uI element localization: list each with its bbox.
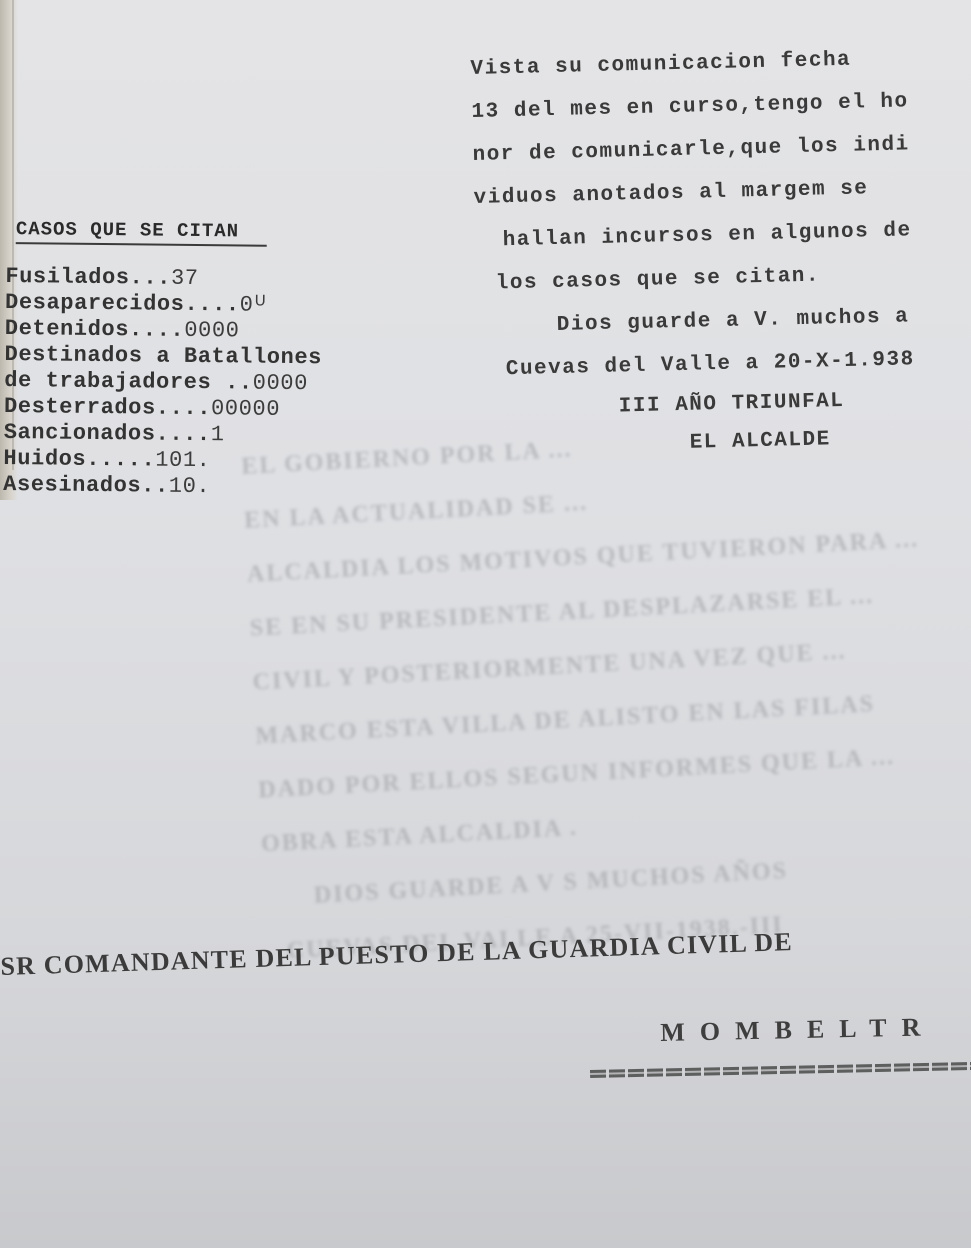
case-value: 1	[211, 422, 225, 447]
cases-section: CASOS QUE SE CITAN Fusilados...37 Desapa…	[3, 218, 426, 518]
case-label: Huidos.....	[3, 446, 155, 473]
case-value: 10.	[169, 474, 211, 499]
case-label: Fusilados...	[5, 264, 171, 291]
case-item: Asesinados..10.	[3, 472, 423, 502]
cases-title: CASOS QUE SE CITAN	[16, 218, 267, 247]
case-label: Desterrados....	[4, 394, 211, 421]
document-page: EL GOBIERNO POR LA ... EN LA ACTUALIDAD …	[0, 0, 971, 1248]
case-label: Desaparecidos....	[5, 290, 240, 317]
case-value: 0000	[253, 371, 308, 397]
case-value: 00000	[211, 396, 280, 422]
cases-list: Fusilados...37 Desaparecidos....0ᵁ Deten…	[3, 264, 425, 502]
case-value: 101.	[155, 448, 210, 474]
double-underline-rule	[590, 1062, 971, 1078]
case-label: Asesinados..	[3, 472, 169, 499]
case-value: 0000	[184, 318, 239, 344]
addressee-place: MOMBELTR	[660, 1012, 936, 1048]
bleed-through-bottom	[240, 1090, 971, 1214]
case-value: 0ᵁ	[240, 292, 268, 317]
case-label: Sancionados....	[4, 420, 211, 447]
letter-body: Vista su comunicacion fecha 13 del mes e…	[470, 35, 971, 468]
case-label: de trabajadores ..	[4, 368, 253, 396]
case-label: Detenidos....	[5, 316, 185, 343]
case-label: Destinados a Batallones	[4, 342, 322, 370]
case-value: 37	[171, 266, 199, 291]
